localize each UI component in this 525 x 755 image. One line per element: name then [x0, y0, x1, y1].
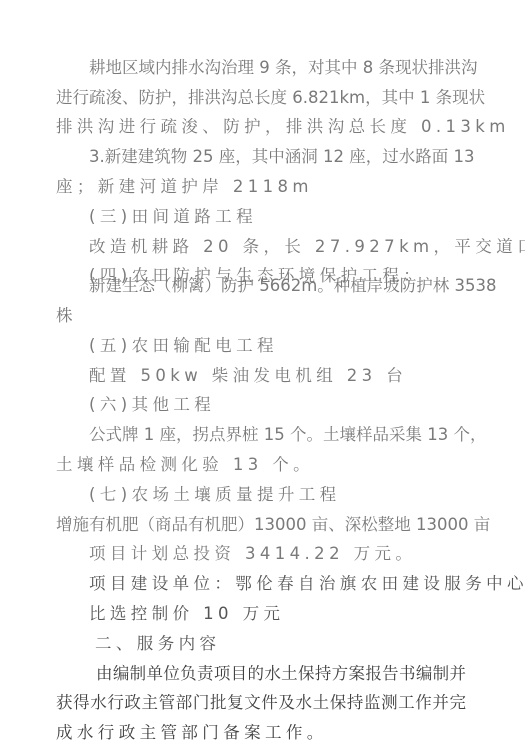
text-line: 新建生态（柳篱）防护 5662m。种植岸坡防护林 3538 — [89, 275, 466, 297]
text-line: 获得水行政主管部门批复文件及水土保持监测工作并完 — [56, 692, 466, 714]
text-line: 比选控制价 10 万元 — [89, 603, 466, 625]
section-heading: (三)田间道路工程 — [89, 206, 466, 228]
text-line: 3.新建建筑物 25 座，其中涵洞 12 座，过水路面 13 — [89, 146, 466, 168]
section-heading: (五)农田输配电工程 — [89, 335, 466, 357]
section-heading: 二、服务内容 — [95, 633, 472, 655]
text-line: 排洪沟进行疏浚、防护，排洪沟总长度 0.13km — [56, 116, 466, 138]
text-line: 成水行政主管部门备案工作。 — [56, 722, 466, 744]
text-line: 由编制单位负责项目的水土保持方案报告书编制并 — [96, 663, 466, 685]
text-line: 座；新建河道护岸 2118m — [56, 176, 466, 198]
text-line: 进行疏浚、防护，排洪沟总长度 6.821km，其中 1 条现状 — [56, 87, 466, 109]
section-heading: (七)农场土壤质量提升工程 — [89, 484, 466, 506]
text-line: 项目计划总投资 3414.22 万元。 — [89, 543, 466, 565]
text-line: 项目建设单位：鄂伦春自治旗农田建设服务中心 — [89, 573, 466, 595]
text-line: 耕地区域内排水沟治理 9 条，对其中 8 条现状排洪沟 — [89, 57, 466, 79]
text-line: 增施有机肥（商品有机肥）13000 亩、深松整地 13000 亩 — [56, 514, 466, 536]
text-line: 配置 50kw 柴油发电机组 23 台 — [89, 365, 466, 387]
document-page: 耕地区域内排水沟治理 9 条，对其中 8 条现状排洪沟 进行疏浚、防护，排洪沟总… — [0, 0, 525, 755]
text-line: 公式牌 1 座，拐点界桩 15 个。土壤样品采集 13 个， — [89, 424, 466, 446]
text-line: 土壤样品检测化验 13 个。 — [56, 454, 466, 476]
text-line: 改造机耕路 20 条，长 27.927km，平交道口 22 处。 — [89, 236, 466, 258]
text-line: 株 — [56, 305, 466, 327]
section-heading: (六)其他工程 — [89, 394, 466, 416]
